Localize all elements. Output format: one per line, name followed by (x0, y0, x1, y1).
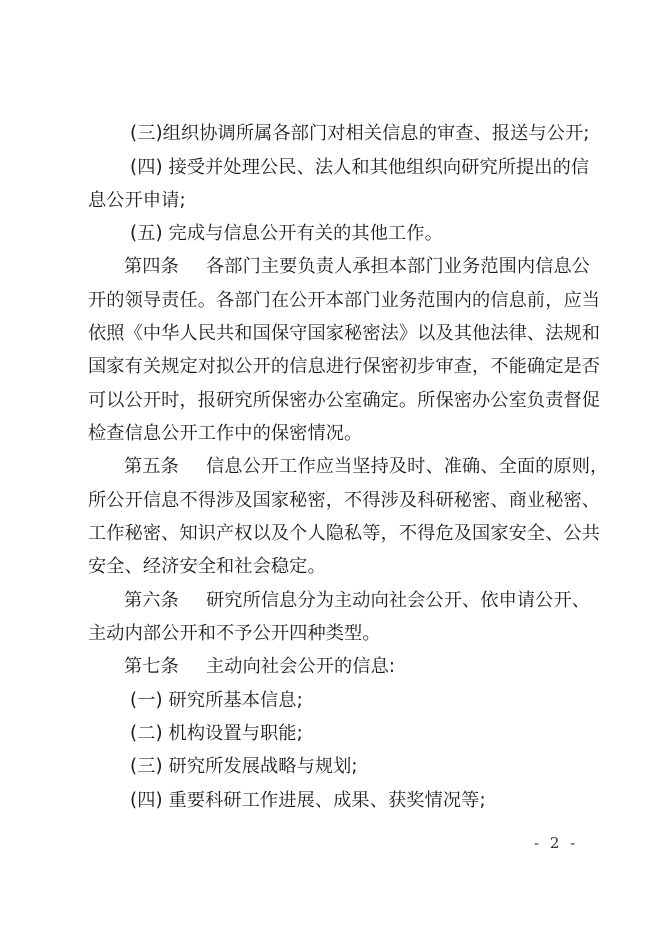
list-item: (四) 重要科研工作进展、成果、获奖情况等; (130, 789, 625, 813)
paragraph-line: (三)组织协调所属各部门对相关信息的审查、报送与公开; (130, 122, 625, 146)
paragraph-line: 检查信息公开工作中的保密情况。 (88, 422, 583, 446)
paragraph-line: 安全、经济安全和社会稳定。 (88, 555, 583, 579)
article-label: 第五条 (124, 455, 206, 479)
paragraph-line: 可以公开时，报研究所保密办公室确定。所保密办公室负责督促 (88, 389, 583, 413)
list-item: (一) 研究所基本信息; (130, 689, 625, 713)
article-label: 第四条 (124, 255, 206, 279)
article-label: 第七条 (124, 655, 206, 679)
paragraph-line: 依照《中华人民共和国保守国家秘密法》以及其他法律、法规和 (88, 322, 583, 346)
page-number: - 2 - (534, 834, 578, 852)
article-7-heading: 第七条主动向社会公开的信息: (124, 655, 619, 679)
document-page: (三)组织协调所属各部门对相关信息的审查、报送与公开; (四) 接受并处理公民、… (0, 0, 662, 936)
paragraph-line: (五) 完成与信息公开有关的其他工作。 (130, 222, 625, 246)
article-text: 研究所信息分为主动向社会公开、依申请公开、 (206, 590, 590, 611)
paragraph-line: (四) 接受并处理公民、法人和其他组织向研究所提出的信 (130, 156, 625, 180)
list-item: (二) 机构设置与职能; (130, 722, 625, 746)
article-4-heading: 第四条各部门主要负责人承担本部门业务范围内信息公 (124, 255, 619, 279)
paragraph-line: 所公开信息不得涉及国家秘密，不得涉及科研秘密、商业秘密、 (88, 489, 583, 513)
article-text: 信息公开工作应当坚持及时、准确、全面的原则， (206, 456, 608, 477)
article-label: 第六条 (124, 589, 206, 613)
article-text: 各部门主要负责人承担本部门业务范围内信息公 (206, 256, 590, 277)
paragraph-line: 开的领导责任。各部门在公开本部门业务范围内的信息前，应当 (88, 289, 583, 313)
paragraph-line: 息公开申请; (88, 189, 583, 213)
article-5-heading: 第五条信息公开工作应当坚持及时、准确、全面的原则， (124, 455, 619, 479)
paragraph-line: 主动内部公开和不予公开四种类型。 (88, 622, 583, 646)
paragraph-line: 工作秘密、知识产权以及个人隐私等，不得危及国家安全、公共 (88, 522, 583, 546)
article-text: 主动向社会公开的信息: (206, 656, 395, 677)
paragraph-line: 国家有关规定对拟公开的信息进行保密初步审查，不能确定是否 (88, 355, 583, 379)
list-item: (三) 研究所发展战略与规划; (130, 755, 625, 779)
article-6-heading: 第六条研究所信息分为主动向社会公开、依申请公开、 (124, 589, 619, 613)
